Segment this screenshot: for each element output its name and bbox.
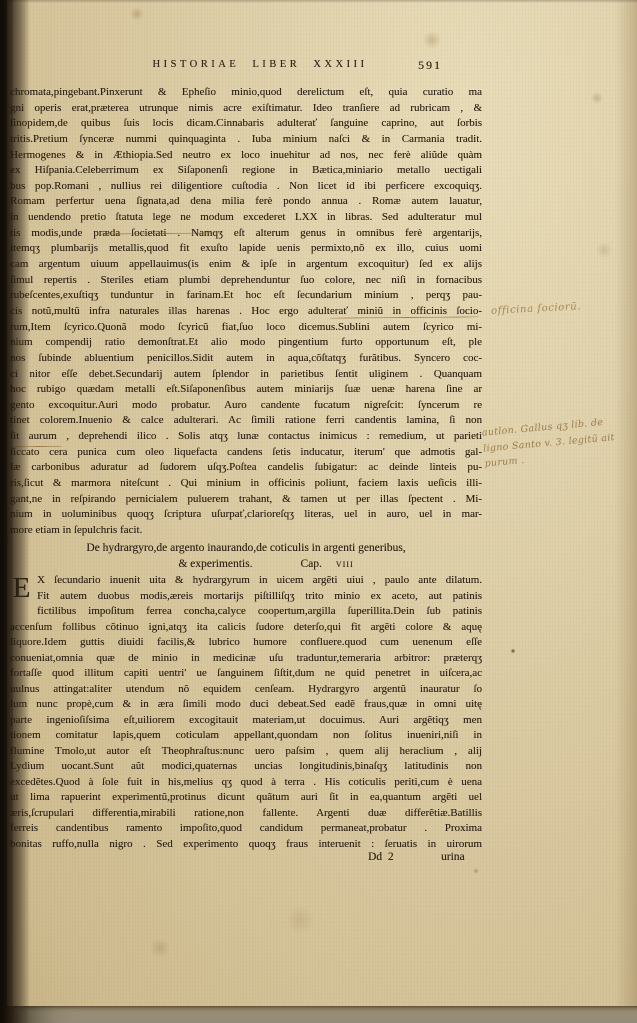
text-line: rubeſcentes,exuſtiqʒ tunduntur in farina…: [10, 288, 482, 304]
paragraph-2-lines: X ſecundario inuenit uita & hydrargyrum …: [10, 573, 482, 852]
text-line: rum,Item ſcyrico.Quonã modo ſcyricũ fiat…: [10, 320, 482, 336]
text-line: nium compendij ratio demonſtrat.Et alio …: [10, 335, 482, 351]
text-line: parte ingenioſiſsima eſt,uiliorem excogi…: [10, 713, 482, 729]
handwritten-margin-note: autlon. Gallus qʒ lib. deligno Santo v. …: [481, 413, 634, 472]
chapter-heading-line1: De hydrargyro,de argento inaurando,de co…: [10, 541, 482, 557]
chapter-heading-line2: & experimentis. Cap.viii: [10, 557, 482, 573]
text-line: tritis.Pretium ſynceræ nummi quinquagint…: [10, 132, 482, 148]
text-line: gni operis erat,præterea utrunque nimis …: [10, 101, 482, 117]
text-line: ſit aurum , deprehendi ilico . Solis atq…: [10, 429, 482, 445]
signature-mark: Dd 2: [368, 851, 394, 863]
text-line: fortaſſe quod illitum capiti uentri' ue …: [10, 666, 482, 682]
handwritten-margin-letter: a: [0, 221, 7, 233]
footer-line: Dd 2 urina: [0, 851, 637, 867]
text-line: liquore.Idem guttis diuidi facilis,& lub…: [10, 635, 482, 651]
ink-blot-mark: [0, 0, 6, 7]
text-line: ſiccato cera punica cum oleo liquefacta …: [10, 445, 482, 461]
chapter-heading: De hydrargyro,de argento inaurando,de co…: [10, 541, 482, 572]
text-line: hoc rubigo quædam metalli eſt.Siſaponenſ…: [10, 382, 482, 398]
text-line: accenſum follibus cõtinuo igni,atqʒ ita …: [10, 620, 482, 636]
page-bottom-edge: [0, 1006, 637, 1023]
body-paragraph-1: chromata,pingebant.Pinxerunt & Epheſio m…: [10, 85, 482, 539]
text-line: nium in uoluminibus quoqʒ ſcriptura uſur…: [10, 507, 482, 523]
text-line: ſinopidem,de quibus ſuis locis dicam.Cin…: [10, 116, 482, 132]
book-page: HISTORIAE LIBER XXXIII 591 chromata,ping…: [0, 0, 637, 1023]
page-number: 591: [418, 58, 442, 73]
catchword: urina: [441, 851, 465, 863]
text-line: excedẽtes.Quod à ſole fuit in his,melius…: [10, 775, 482, 791]
text-line: gant,ne in reſpirando pernicialem puluer…: [10, 492, 482, 508]
text-line: ferreis candentibus ramento impoſito,quo…: [10, 821, 482, 837]
text-line: gento excoquitur.Auri modo probatur. Aur…: [10, 398, 482, 414]
page-top-edge-shading: [0, 0, 637, 3]
text-line: Romam perfertur uena ſignata,ad dena mil…: [10, 194, 482, 210]
text-line: conueniat,omnia quæ de minio in medicinæ…: [10, 651, 482, 667]
text-line: X ſecundario inuenit uita & hydrargyrum …: [10, 573, 482, 589]
text-line: ut lima rapuerint experimentũ,protinus d…: [10, 790, 482, 806]
text-line: tinet colorem.Inuenio & calce adulterari…: [10, 413, 482, 429]
text-line: Hermogenes & in Æthiopia.Sed neutro ex l…: [10, 148, 482, 164]
text-line: more etiam in ſepulchris facit.: [10, 523, 482, 539]
chapter-number: Cap.viii: [300, 557, 353, 573]
text-line: ex Hiſpania.Celeberrimum ex Siſaponenſi …: [10, 163, 482, 179]
body-paragraph-2: E X ſecundario inuenit uita & hydrargyru…: [10, 573, 482, 852]
drop-cap-initial: E: [10, 574, 33, 605]
text-line: uulnus attingat:aliter utendum nõ equide…: [10, 682, 482, 698]
text-line: Lydium uocant.Sunt aũt modici,quaternas …: [10, 759, 482, 775]
text-line: tionem comitatur lapis,quem coticulam ap…: [10, 728, 482, 744]
text-line: chromata,pingebant.Pinxerunt & Epheſio m…: [10, 85, 482, 101]
text-line: bus pop.Romani , nullius rei diligentior…: [10, 179, 482, 195]
handwritten-margin-note: officina ſociorū.: [491, 300, 601, 317]
text-line: fictilibus impoſitum ferrea concha,calyc…: [10, 604, 482, 620]
text-line: læ carbonibus aduratur ad ſudorem uſqʒ.P…: [10, 460, 482, 476]
text-line: itemqʒ plumbarijs metallis,quod fit exuſ…: [10, 241, 482, 257]
text-line: Fit autem duobus modis,æreis mortarijs p…: [10, 589, 482, 605]
chapter-heading-subject: & experimentis.: [178, 557, 252, 573]
text-line: lum nunc propè,cum & in æra ſimili modo …: [10, 697, 482, 713]
text-line: ci nitor eſſe debet.Secundarij autem ſpl…: [10, 367, 482, 383]
text-line: tis modis,unde præda ſocietati . Namqʒ e…: [10, 226, 482, 242]
text-line: flumine Tmolo,ut autor eſt Theophraſtus:…: [10, 744, 482, 760]
text-line: ris,ſicut & marmora niteſcunt . Qui mini…: [10, 476, 482, 492]
text-line: cam argentum uiuum appellauimus(is enim …: [10, 257, 482, 273]
text-line: in uendendo pretio ſtatuta lege ne modum…: [10, 210, 482, 226]
text-line: bonitas ruffo,nulla nigro . Sed experime…: [10, 837, 482, 853]
text-line: nos ſubinde abluentium penicillos.Sidit …: [10, 351, 482, 367]
text-line: ſimul repertis . Steriles etiam plumbi d…: [10, 273, 482, 289]
handwritten-margin-numeral: 8: [2, 536, 9, 549]
page-right-edge-shading: [615, 0, 637, 1023]
text-line: æris,ſcrupulari differentia,mirabili rat…: [10, 806, 482, 822]
